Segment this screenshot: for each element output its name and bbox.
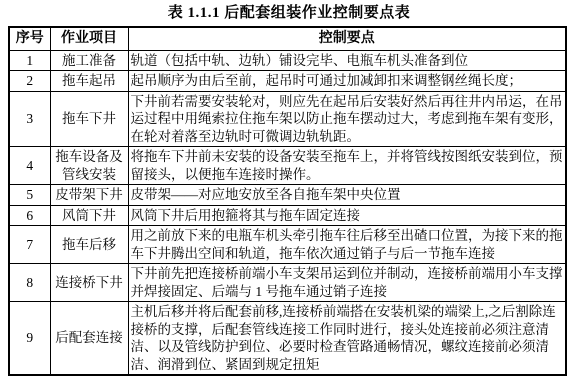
header-no: 序号 (9, 27, 50, 50)
cell-points: 将拖车下井前未安装的设备安装至拖车上，并将管线按图纸安装到位，预留接头，以便拖车… (128, 147, 566, 185)
table-row: 5皮带架下井皮带架——对应地安放至各自拖车架中央位置 (9, 185, 566, 206)
table-row: 8连接桥下井下井前先把连接桥前端小车支架吊运到位并制动，连接桥前端用小车支撑并焊… (9, 264, 566, 302)
cell-no: 2 (9, 71, 50, 92)
cell-no: 7 (9, 226, 50, 264)
header-points: 控制要点 (128, 27, 566, 50)
cell-points: 风筒下井后用抱箍将其与拖车固定连接 (128, 205, 566, 226)
table-row: 1施工准备轨道（包括中轨、边轨）铺设完毕、电瓶车机头准备到位 (9, 50, 566, 71)
cell-item: 皮带架下井 (50, 185, 128, 206)
cell-item: 施工准备 (50, 50, 128, 71)
table-row: 6风筒下井风筒下井后用抱箍将其与拖车固定连接 (9, 205, 566, 226)
table-row: 9后配套连接主机后移并将后配套前移,连接桥前端搭在安装机梁的端梁上,之后割除连接… (9, 302, 566, 376)
cell-no: 4 (9, 147, 50, 185)
table-body: 1施工准备轨道（包括中轨、边轨）铺设完毕、电瓶车机头准备到位2拖车起吊起吊顺序为… (9, 50, 566, 375)
cell-points: 皮带架——对应地安放至各自拖车架中央位置 (128, 185, 566, 206)
cell-no: 6 (9, 205, 50, 226)
cell-no: 8 (9, 264, 50, 302)
cell-points: 轨道（包括中轨、边轨）铺设完毕、电瓶车机头准备到位 (128, 50, 566, 71)
cell-item: 拖车下井 (50, 91, 128, 147)
cell-no: 9 (9, 302, 50, 376)
cell-item: 后配套连接 (50, 302, 128, 376)
table-row: 3拖车下井下井前若需要安装轮对，则应先在起吊后安装好然后再往井内吊运，在吊运过程… (9, 91, 566, 147)
table-row: 2拖车起吊起吊顺序为由后至前，起吊时可通过加减卸扣来调整钢丝绳长度； (9, 71, 566, 92)
cell-points: 下井前先把连接桥前端小车支架吊运到位并制动，连接桥前端用小车支撑并焊接固定、后端… (128, 264, 566, 302)
cell-item: 拖车设备及管线安装 (50, 147, 128, 185)
cell-points: 主机后移并将后配套前移,连接桥前端搭在安装机梁的端梁上,之后割除连接桥的支撑，后… (128, 302, 566, 376)
page-title: 表 1.1.1 后配套组装作业控制要点表 (0, 0, 578, 23)
table-row: 7拖车后移用之前放下来的电瓶车机头牵引拖车往后移至出碴口位置，为接下来的拖车下井… (9, 226, 566, 264)
cell-points: 起吊顺序为由后至前，起吊时可通过加减卸扣来调整钢丝绳长度； (128, 71, 566, 92)
header-row: 序号 作业项目 控制要点 (9, 27, 566, 50)
header-item: 作业项目 (50, 27, 128, 50)
document-page: 表 1.1.1 后配套组装作业控制要点表 序号 作业项目 控制要点 1施工准备轨… (0, 0, 578, 378)
table-row: 4拖车设备及管线安装将拖车下井前未安装的设备安装至拖车上，并将管线按图纸安装到位… (9, 147, 566, 185)
control-points-table: 序号 作业项目 控制要点 1施工准备轨道（包括中轨、边轨）铺设完毕、电瓶车机头准… (8, 26, 567, 376)
cell-item: 拖车后移 (50, 226, 128, 264)
cell-no: 1 (9, 50, 50, 71)
cell-item: 风筒下井 (50, 205, 128, 226)
cell-item: 连接桥下井 (50, 264, 128, 302)
cell-points: 下井前若需要安装轮对，则应先在起吊后安装好然后再往井内吊运，在吊运过程中用绳索拉… (128, 91, 566, 147)
cell-item: 拖车起吊 (50, 71, 128, 92)
cell-points: 用之前放下来的电瓶车机头牵引拖车往后移至出碴口位置，为接下来的拖车下井腾出空间和… (128, 226, 566, 264)
cell-no: 5 (9, 185, 50, 206)
cell-no: 3 (9, 91, 50, 147)
